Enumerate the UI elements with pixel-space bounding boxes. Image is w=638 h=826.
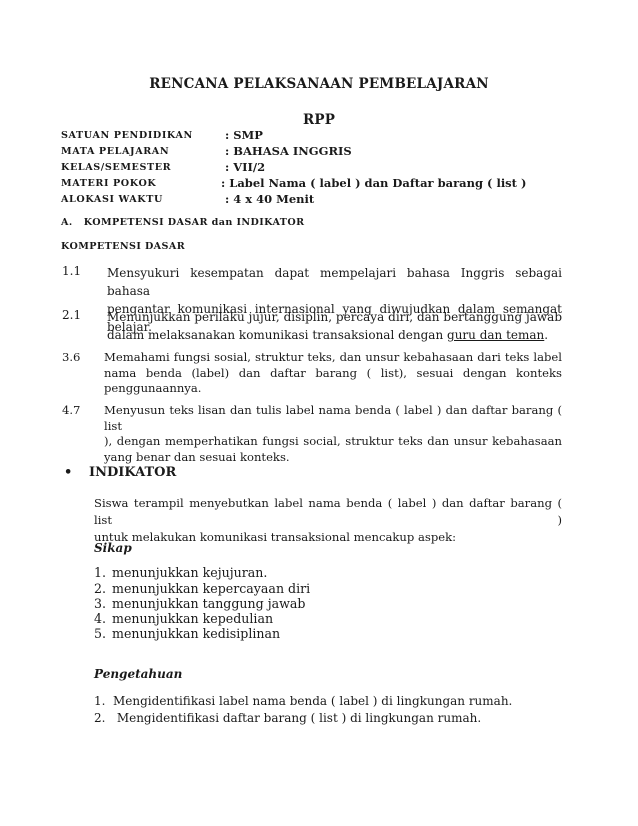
document-subtitle: RPP <box>0 112 638 128</box>
list-number: 3. <box>94 596 112 611</box>
kd-line: nama benda (label) dan daftar barang ( l… <box>104 366 562 382</box>
intro-line: untuk melakukan komunikasi transaksional… <box>94 529 562 546</box>
list-item: 2.menunjukkan kepercayaan diri <box>94 581 310 596</box>
list-text: menunjukkan kejujuran. <box>112 565 267 580</box>
list-item: 3.menunjukkan tanggung jawab <box>94 596 305 611</box>
list-number: 1. <box>94 565 112 580</box>
list-text: menunjukkan kedisiplinan <box>112 626 280 641</box>
list-text: Mengidentifikasi daftar barang ( list ) … <box>113 711 481 725</box>
list-number: 2. <box>94 711 113 725</box>
kd-line: Menunjukkan perilaku jujur, disiplin, pe… <box>107 308 562 326</box>
kd-line: ), dengan memperhatikan fungsi social, s… <box>104 434 562 450</box>
kd-text: Menunjukkan perilaku jujur, disiplin, pe… <box>107 308 562 344</box>
list-number: 5. <box>94 626 112 641</box>
list-item: 1.menunjukkan kejujuran. <box>94 565 267 580</box>
section-a-heading: A. KOMPETENSI DASAR dan INDIKATOR <box>61 217 304 228</box>
kd-text: Menyusun teks lisan dan tulis label nama… <box>104 403 562 465</box>
identity-value: : BAHASA INGGRIS <box>225 144 352 158</box>
kd-number: 3.6 <box>62 350 80 364</box>
sikap-heading: Sikap <box>94 541 132 555</box>
identity-label: MATA PELAJARAN <box>61 146 169 157</box>
kd-heading: KOMPETENSI DASAR <box>61 241 185 252</box>
identity-value: : VII/2 <box>225 160 265 174</box>
list-number: 2. <box>94 581 112 596</box>
identity-label: SATUAN PENDIDIKAN <box>61 130 193 141</box>
list-number: 4. <box>94 611 112 626</box>
kd-line: dalam melaksanakan komunikasi transaksio… <box>107 326 562 344</box>
kd-line-text: dalam melaksanakan komunikasi transaksio… <box>107 328 447 342</box>
kd-line: Mensyukuri kesempatan dapat mempelajari … <box>107 264 562 300</box>
identity-value: : Label Nama ( label ) dan Daftar barang… <box>221 176 526 190</box>
kd-line: penggunaannya. <box>104 381 562 397</box>
identity-label: ALOKASI WAKTU <box>61 194 163 205</box>
identity-value: : 4 x 40 Menit <box>225 192 314 206</box>
list-item: 5.menunjukkan kedisiplinan <box>94 626 280 641</box>
kd-number: 2.1 <box>62 308 81 322</box>
kd-line: yang benar dan sesuai konteks. <box>104 450 562 466</box>
list-number: 1. <box>94 694 113 708</box>
kd-line-text: . <box>544 328 548 342</box>
list-item: 2. Mengidentifikasi daftar barang ( list… <box>94 711 481 725</box>
indikator-heading: INDIKATOR <box>89 465 176 480</box>
list-item: 4.menunjukkan kepedulian <box>94 611 273 626</box>
kd-number: 1.1 <box>62 264 81 278</box>
document-title: RENCANA PELAKSANAAN PEMBELAJARAN <box>0 76 638 92</box>
list-text: menunjukkan tanggung jawab <box>112 596 305 611</box>
list-text: menunjukkan kepercayaan diri <box>112 581 310 596</box>
kd-line: Memahami fungsi sosial, struktur teks, d… <box>104 350 562 366</box>
kd-number: 4.7 <box>62 403 80 417</box>
indikator-intro: Siswa terampil menyebutkan label nama be… <box>94 495 562 546</box>
kd-line: Menyusun teks lisan dan tulis label nama… <box>104 403 562 434</box>
bullet-icon: • <box>64 465 72 480</box>
kd-text: Memahami fungsi sosial, struktur teks, d… <box>104 350 562 397</box>
identity-value: : SMP <box>225 128 263 142</box>
identity-label: MATERI POKOK <box>61 178 156 189</box>
list-item: 1.Mengidentifikasi label nama benda ( la… <box>94 694 512 708</box>
intro-line: Siswa terampil menyebutkan label nama be… <box>94 495 562 529</box>
underlined-phrase: guru dan teman <box>447 328 544 342</box>
pengetahuan-heading: Pengetahuan <box>94 667 182 681</box>
list-text: menunjukkan kepedulian <box>112 611 273 626</box>
identity-label: KELAS/SEMESTER <box>61 162 171 173</box>
list-text: Mengidentifikasi label nama benda ( labe… <box>113 694 512 708</box>
